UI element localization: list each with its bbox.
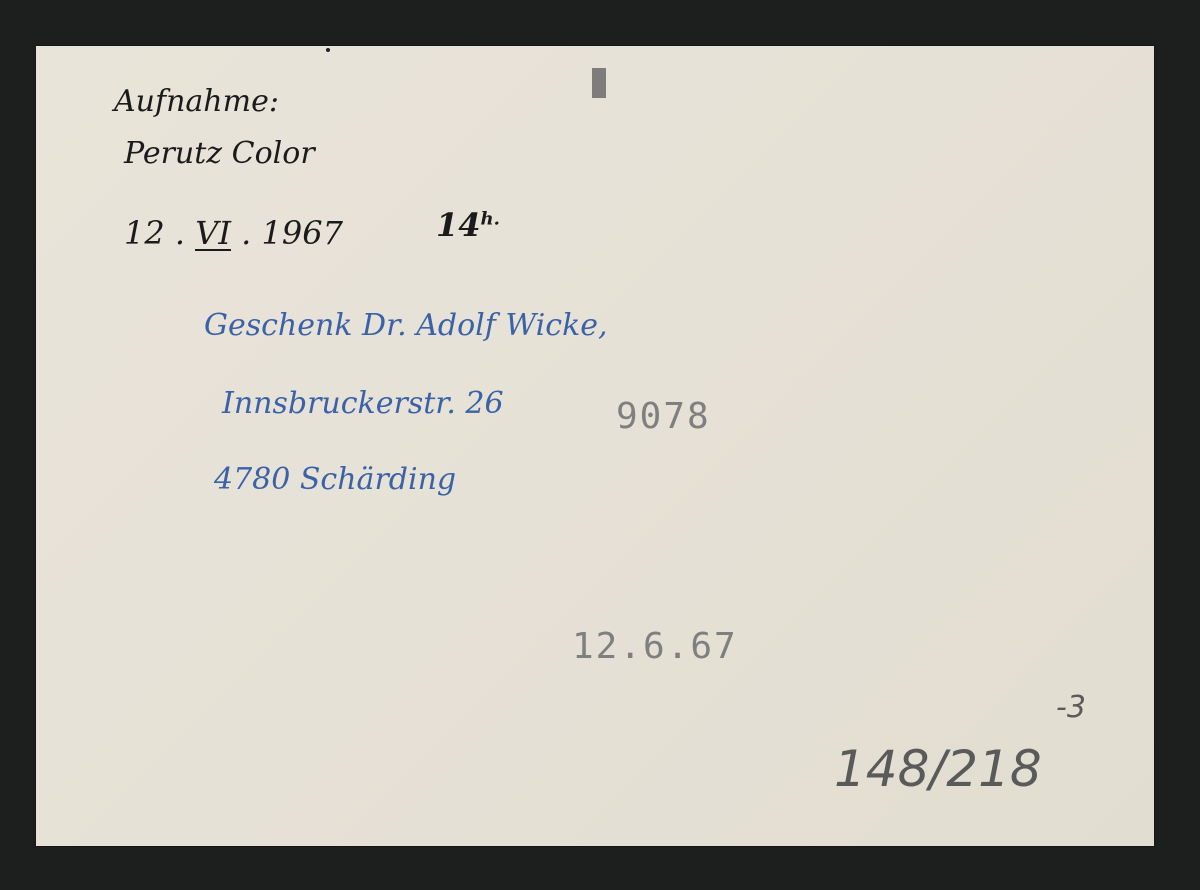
film-type: Perutz Color <box>124 136 315 171</box>
photo-time: 14h. <box>436 206 500 244</box>
pencil-correction: -3 <box>1056 690 1086 725</box>
photo-card-back: Aufnahme: Perutz Color 12 . VI . 1967 14… <box>36 46 1154 846</box>
donor-line: Geschenk Dr. Adolf Wicke, <box>204 308 608 343</box>
stamp-mark <box>592 68 606 98</box>
time-suffix: h. <box>481 208 500 229</box>
date-day: 12 . <box>124 214 185 252</box>
ink-dot <box>326 48 330 52</box>
inventory-number: 148/218 <box>834 740 1042 798</box>
stamp-date: 12.6.67 <box>572 626 738 667</box>
donor-city: 4780 Schärding <box>214 462 456 497</box>
date-year: . 1967 <box>241 214 343 252</box>
stamp-number: 9078 <box>616 396 711 437</box>
label-aufnahme: Aufnahme: <box>114 84 279 119</box>
donor-street: Innsbruckerstr. 26 <box>222 386 504 421</box>
photo-date: 12 . VI . 1967 <box>124 214 343 252</box>
date-month: VI <box>195 217 231 251</box>
time-value: 14 <box>436 206 481 244</box>
